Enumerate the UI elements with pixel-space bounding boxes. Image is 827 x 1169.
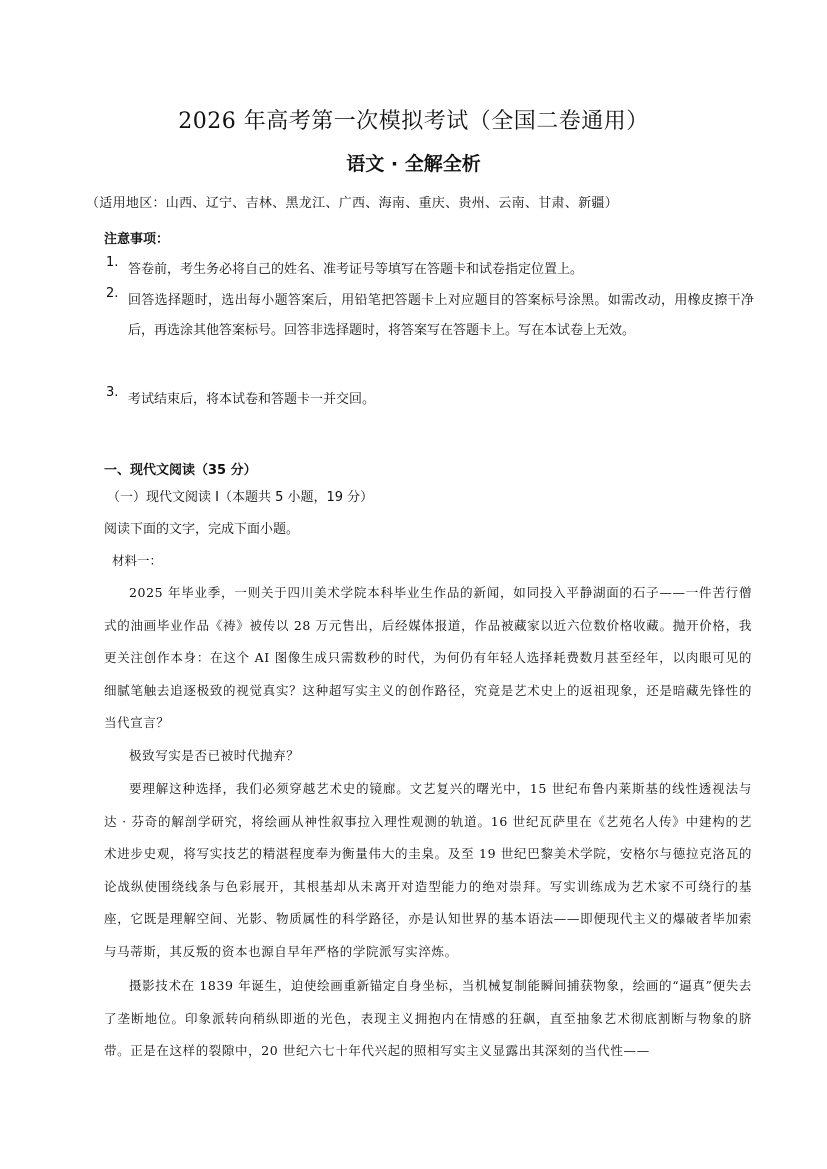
paragraph: 要理解这种选择，我们必须穿越艺术史的镜廊。文艺复兴的曙光中，15 世纪布鲁内莱斯… — [104, 773, 752, 968]
paragraph: 摄影技术在 1839 年诞生，迫使绘画重新锚定自身坐标，当机械复制能瞬间捕获物象… — [104, 970, 752, 1068]
reading-instruction: 阅读下面的文字，完成下面小题。 — [104, 518, 299, 537]
notice-item-number: 2. — [106, 286, 118, 301]
section-subheading: （一）现代文阅读 I（本题共 5 小题，19 分） — [107, 486, 373, 505]
notice-item: 1. 答卷前，考生务必将自己的姓名、准考证号等填写在答题卡和试卷指定位置上。 — [106, 255, 754, 285]
notice-item: 2. 回答选择题时，选出每小题答案后，用铅笔把答题卡上对应题目的答案标号涂黑。如… — [106, 286, 754, 346]
document-title: 2026 年高考第一次模拟考试（全国二卷通用） — [0, 104, 827, 135]
paragraph: 2025 年毕业季，一则关于四川美术学院本科毕业生作品的新闻，如同投入平静湖面的… — [104, 577, 752, 740]
notice-item-text: 回答选择题时，选出每小题答案后，用铅笔把答题卡上对应题目的答案标号涂黑。如需改动… — [128, 286, 754, 346]
section-heading: 一、现代文阅读（35 分） — [104, 459, 257, 478]
notice-item-text: 答卷前，考生务必将自己的姓名、准考证号等填写在答题卡和试卷指定位置上。 — [128, 255, 754, 285]
applicable-regions: （适用地区：山西、辽宁、吉林、黑龙江、广西、海南、重庆、贵州、云南、甘肃、新疆） — [86, 192, 746, 211]
document-page: 2026 年高考第一次模拟考试（全国二卷通用） 语文 · 全解全析 （适用地区：… — [0, 0, 827, 1169]
paragraph-question: 极致写实是否已被时代抛弃？ — [104, 740, 752, 773]
notice-heading: 注意事项： — [104, 228, 169, 247]
notice-item-text: 考试结束后，将本试卷和答题卡一并交回。 — [128, 385, 754, 415]
notice-item-number: 1. — [106, 255, 118, 270]
material-label: 材料一： — [112, 551, 162, 569]
notice-item: 3. 考试结束后，将本试卷和答题卡一并交回。 — [106, 385, 754, 415]
notice-item-number: 3. — [106, 385, 118, 400]
document-subtitle: 语文 · 全解全析 — [0, 149, 827, 176]
